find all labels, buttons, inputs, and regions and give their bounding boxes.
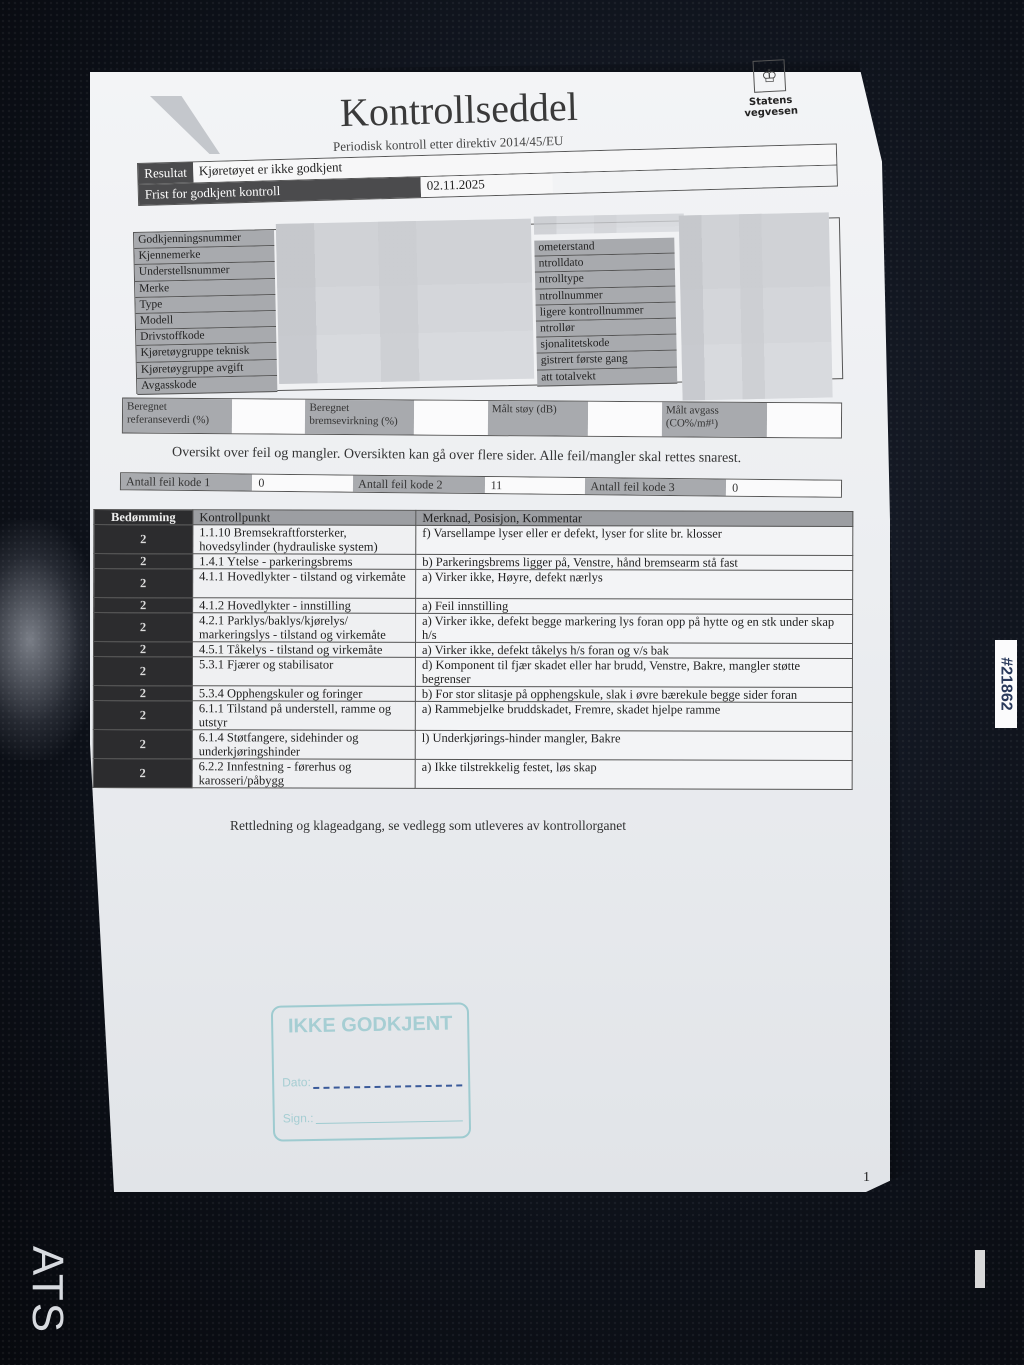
fault-table: Bedømming Kontrollpunkt Merknad, Posisjo… [93,509,854,790]
fault-control-point: 5.3.4 Opphengskuler og foringer [192,686,415,702]
fault-remark: a) Ikke tilstrekkelig festet, løs skap [415,759,852,789]
result-label: Resultat [138,162,193,184]
fault-remark: b) Parkeringsbrems ligger på, Venstre, h… [416,554,853,570]
watermark: ATS [22,1230,72,1350]
vehicle-info-left-labels: GodkjenningsnummerKjennemerkeUnderstells… [134,230,277,395]
statens-vegvesen-logo: ♔ Statens vegvesen [719,57,822,120]
fault-score: 2 [94,598,193,613]
stamp-sign-line: Sign.: [283,1108,463,1125]
header-merknad: Merknad, Posisjon, Kommentar [416,510,853,526]
deadline-value: 02.11.2025 [421,173,554,197]
fault-count-label: Antall feil kode 2 [353,476,485,493]
light-glare [0,520,100,760]
vehicle-info-right-labels: ometerstandntrolldatontrolltypentrollnum… [534,238,677,387]
fault-score: 2 [93,642,192,657]
fault-row: 21.1.10 Bremsekraftforsterker, hovedsyli… [94,525,853,556]
stamp-sign-label: Sign.: [283,1111,314,1126]
measurement-label: Målt avgass (CO%/m#¹) [662,402,768,437]
measurement-value [588,402,662,437]
reference-tag: #21862 [995,640,1017,728]
measurement-label: Målt støy (dB) [488,401,588,436]
fault-remark: l) Underkjørings-hinder mangler, Bakre [415,730,852,760]
fault-score: 2 [93,686,192,701]
watermark-text: ATS [22,1246,72,1334]
fault-row: 24.1.2 Hovedlykter - innstillinga) Feil … [94,598,853,615]
redacted-values-right [679,212,833,400]
fault-row: 24.2.1 Parklys/baklys/kjørelys/ markerin… [94,613,853,644]
fault-count-value: 0 [252,475,353,492]
fault-row: 24.1.1 Hovedlykter - tilstand og virkemå… [94,569,853,600]
measurement-value [767,403,841,438]
fault-control-point: 4.2.1 Parklys/baklys/kjørelys/ markering… [193,613,416,643]
fault-row: 24.5.1 Tåkelys - tilstand og virkemåtea)… [93,642,852,659]
fault-remark: a) Virker ikke, Høyre, defekt nærlys [416,569,853,599]
stamp-sign-underline [315,1108,463,1124]
fault-score: 2 [93,759,192,788]
fault-score: 2 [93,730,192,759]
vehicle-field-label: att totalvekt [537,367,677,386]
fault-control-point: 4.1.1 Hovedlykter - tilstand og virkemåt… [193,569,416,599]
fault-control-point: 1.4.1 Ytelse - parkeringsbrems [193,554,416,570]
redacted-values-left [276,219,534,384]
fault-control-point: 4.5.1 Tåkelys - tilstand og virkemåte [192,642,415,658]
fault-score: 2 [93,657,192,686]
fault-remark: a) Virker ikke, defekt begge markering l… [416,613,853,643]
fault-remark: a) Feil innstilling [416,598,853,614]
header-bedomming: Bedømming [94,510,193,525]
fault-control-point: 5.3.1 Fjærer og stabilisator [192,657,415,687]
fault-row: 25.3.4 Opphengskuler og foringerb) For s… [93,686,852,703]
fault-row: 25.3.1 Fjærer og stabilisatord) Komponen… [93,657,852,688]
fault-control-point: 6.1.1 Tilstand på understell, ramme og u… [192,701,415,731]
fault-score: 2 [93,701,192,730]
fault-control-point: 1.1.10 Bremsekraftforsterker, hovedsylin… [193,525,416,555]
fault-row: 26.1.4 Støtfangere, sidehinder og underk… [93,730,852,761]
crown-emblem-icon: ♔ [753,59,787,93]
fault-count-label: Antall feil kode 3 [585,478,726,495]
fault-control-point: 6.1.4 Støtfangere, sidehinder og underkj… [192,730,415,760]
fault-remark: f) Varsellampe lyser eller er defekt, ly… [416,525,853,555]
fabric-tag [975,1250,985,1288]
stamp-date-underline [313,1072,463,1089]
reference-tag-text: #21862 [997,657,1015,710]
fault-score: 2 [94,554,193,569]
measurement-label: Beregnet referanseverdi (%) [123,398,232,433]
fault-row: 21.4.1 Ytelse - parkeringsbremsb) Parker… [94,554,853,571]
fault-count-label: Antall feil kode 1 [121,473,253,490]
fault-row: 26.2.2 Innfestning - førerhus og karosse… [93,759,852,790]
fault-table-header: Bedømming Kontrollpunkt Merknad, Posisjo… [94,510,853,527]
fault-remark: a) Virker ikke, defekt tåkelys h/s foran… [415,642,852,658]
fault-remark: b) For stor slitasje på opphengskule, sl… [415,686,852,702]
fault-row: 26.1.1 Tilstand på understell, ramme og … [93,701,852,732]
fault-count-value: 0 [726,480,841,497]
header-kontrollpunkt: Kontrollpunkt [193,510,416,526]
fault-control-point: 4.1.2 Hovedlykter - innstilling [193,598,416,614]
page-number: 1 [863,1170,870,1186]
document-title: Kontrollseddel [339,83,578,136]
vehicle-info-block: GodkjenningsnummerKjennemerkeUnderstells… [133,217,843,394]
redacted-header-right [534,213,684,234]
fault-count-value: 11 [485,477,586,494]
ikke-godkjent-stamp: IKKE GODKJENT Dato: Sign.: [271,1002,471,1141]
guidance-text: Rettledning og klageadgang, se vedlegg s… [230,818,626,834]
vehicle-field-label: Avgasskode [137,376,277,395]
fault-score: 2 [94,613,193,642]
measurement-value [232,399,306,434]
fault-score: 2 [94,569,193,598]
stamp-title: IKKE GODKJENT [273,1012,467,1038]
measurement-value [414,401,488,436]
measurement-label: Beregnet bremsevirkning (%) [305,400,414,435]
fault-score: 2 [94,525,193,554]
fault-remark: d) Komponent til fjær skadet eller har b… [415,657,852,687]
stamp-date-line: Dato: [282,1072,462,1089]
stamp-date-label: Dato: [282,1075,311,1089]
fault-remark: a) Rammebjelke bruddskadet, Fremre, skad… [415,701,852,731]
fault-control-point: 6.2.2 Innfestning - førerhus og karosser… [192,759,415,789]
measurements-row: Beregnet referanseverdi (%)Beregnet brem… [122,397,842,438]
